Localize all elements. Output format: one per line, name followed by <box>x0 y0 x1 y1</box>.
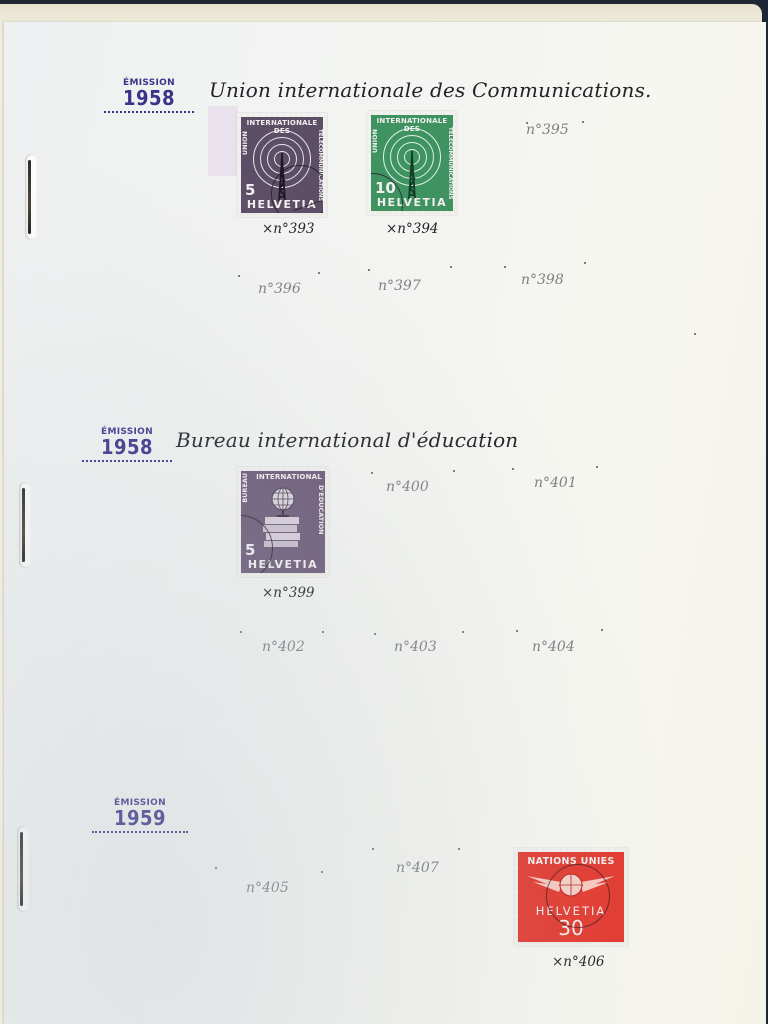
corner-mark <box>462 631 464 633</box>
stamp-right-text: TELECOMMUNICATIONS <box>447 127 453 199</box>
corner-mark <box>601 629 603 631</box>
corner-mark <box>238 275 240 277</box>
corner-mark <box>694 333 696 335</box>
corner-mark <box>596 466 598 468</box>
emission-year: 1959 <box>97 808 183 828</box>
corner-mark <box>450 266 452 268</box>
stamp-catalog-number: ×n°393 <box>262 221 315 237</box>
stamp-left-text: BUREAU <box>241 473 249 503</box>
stamp-value: 5 <box>245 181 255 199</box>
empty-slot-number: n°403 <box>394 639 437 655</box>
dotted-underline <box>92 831 188 833</box>
stamp-left-text: UNION <box>241 131 249 155</box>
corner-mark <box>374 633 376 635</box>
emission-stamp-1958-a: ÉMISSION 1958 <box>104 78 194 113</box>
emission-stamp-1959: ÉMISSION 1959 <box>92 798 188 833</box>
corner-mark <box>582 121 584 123</box>
stamp-face: INTERNATIONALE DES UNION TELECOMMUNICATI… <box>241 117 323 213</box>
postage-stamp[interactable]: INTERNATIONALE DES UNION TELECOMMUNICATI… <box>367 111 457 215</box>
stamp-face: NATIONS UNIES HELVETIA 30 <box>518 852 624 942</box>
stamp-catalog-number: ×n°406 <box>552 954 605 970</box>
corner-mark <box>318 272 320 274</box>
emission-year: 1958 <box>109 88 190 108</box>
empty-slot-number: n°401 <box>534 475 577 491</box>
emission-stamp-1958-b: ÉMISSION 1958 <box>82 427 172 462</box>
binder-hole <box>17 826 29 912</box>
corner-mark <box>368 269 370 271</box>
binder-hole <box>19 482 31 568</box>
faint-mark <box>208 106 238 176</box>
postage-stamp[interactable]: INTERNATIONAL BUREAU D'EDUCATION 5 HELVE… <box>237 467 329 577</box>
dotted-underline <box>104 111 194 113</box>
corner-mark <box>240 631 242 633</box>
empty-slot-number: n°402 <box>262 639 305 655</box>
corner-mark <box>584 262 586 264</box>
stamp-catalog-number: ×n°394 <box>386 221 439 237</box>
stamp-catalog-number: ×n°399 <box>262 585 315 601</box>
corner-mark <box>321 871 323 873</box>
corner-mark <box>371 472 373 474</box>
emission-year: 1958 <box>87 437 168 457</box>
corner-mark <box>215 867 217 869</box>
empty-slot-number: n°397 <box>378 278 421 294</box>
corner-mark <box>322 631 324 633</box>
section-title: Bureau international d'éducation <box>176 428 518 452</box>
corner-mark <box>512 468 514 470</box>
empty-slot-number: n°405 <box>246 880 289 896</box>
postage-stamp[interactable]: NATIONS UNIES HELVETIA 30 <box>514 848 628 946</box>
corner-mark <box>516 630 518 632</box>
album-page: ÉMISSION 1958 Union internationale des C… <box>4 22 766 1024</box>
empty-slot-number: n°396 <box>258 281 301 297</box>
dotted-underline <box>82 460 172 462</box>
empty-slot-number: n°404 <box>532 639 575 655</box>
corner-mark <box>453 470 455 472</box>
empty-slot-number: n°400 <box>386 479 429 495</box>
empty-slot-number: n°398 <box>521 272 564 288</box>
corner-mark <box>458 848 460 850</box>
corner-mark <box>504 266 506 268</box>
postage-stamp[interactable]: INTERNATIONALE DES UNION TELECOMMUNICATI… <box>237 113 327 217</box>
stamp-face: INTERNATIONALE DES UNION TELECOMMUNICATI… <box>371 115 453 211</box>
stamp-top-text: INTERNATIONAL <box>253 473 325 481</box>
empty-slot-number: n°395 <box>526 122 569 138</box>
binder-hole <box>25 154 37 240</box>
postmark <box>546 864 610 928</box>
empty-slot-number: n°407 <box>396 860 439 876</box>
section-title: Union internationale des Communications. <box>209 78 652 102</box>
corner-mark <box>372 848 374 850</box>
stamp-left-text: UNION <box>371 129 379 153</box>
stamp-right-text: D'EDUCATION <box>317 485 325 535</box>
stamp-face: INTERNATIONAL BUREAU D'EDUCATION 5 HELVE… <box>241 471 325 573</box>
